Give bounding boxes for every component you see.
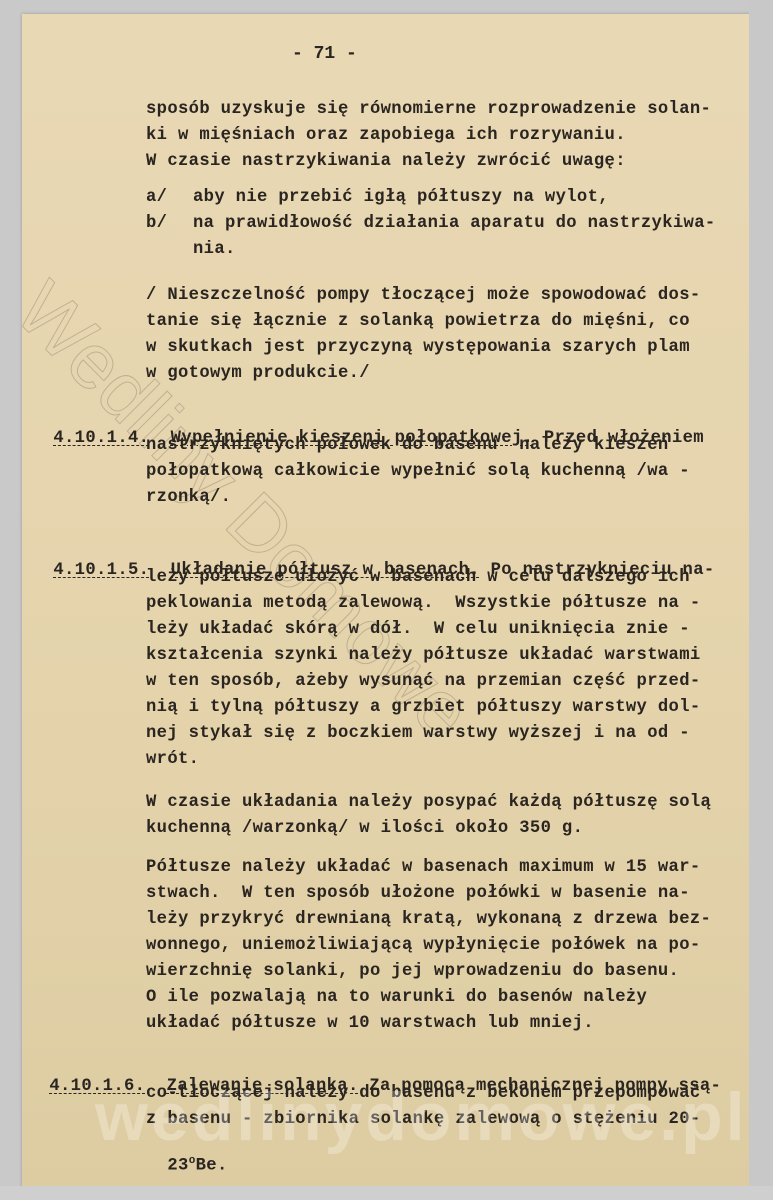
section-number: 4.10.1.6. [49,1077,145,1096]
unit-text: Be. [196,1157,228,1176]
text-line: wonnego, uniemożliwiającą wypłynięcie po… [146,936,701,955]
degree-sign: o [189,1155,196,1167]
list-marker: a/ [146,188,167,207]
note-line: tanie się łącznie z solanką powietrza do… [146,312,690,331]
note-line: w skutkach jest przyczyną występowania s… [146,338,690,357]
text-line: w ten sposób, ażeby wysunąć na przemian … [146,672,701,691]
list-item-continuation: nia. [193,240,236,259]
page-number: - 71 - [292,44,357,64]
concentration-value: 23 [167,1157,188,1176]
text-line: leży półtusze ułożyć w basenach w celu d… [146,568,690,587]
text-line: leży układać skórą w dół. W celu uniknię… [146,620,690,639]
text-line: stwach. W ten sposób ułożone połówki w b… [146,884,690,903]
text-line: kształcenia szynki należy półtusze układ… [146,646,701,665]
text-line: ki w mięśniach oraz zapobiega ich rozryw… [146,126,626,145]
text-line: co-tłoczącej należy do basenu z bekonem … [146,1084,701,1103]
text-line: nią i tylną półtuszy a grzbiet półtuszy … [146,698,701,717]
text-line: Półtusze należy układać w basenach maxim… [146,858,701,877]
text-line: sposób uzyskuje się równomierne rozprowa… [146,100,711,119]
text-line: rzonką/. [146,488,231,507]
note-line: / Nieszczelność pompy tłoczącej może spo… [146,286,701,305]
text-line: W czasie nastrzykiwania należy zwrócić u… [146,152,626,171]
text-line: kuchenną /warzonką/ w ilości około 350 g… [146,819,583,838]
text-line: połopatkową całkowicie wypełnić solą kuc… [146,462,690,481]
scan-border-right [749,0,773,1200]
list-item: na prawidłowość działania aparatu do nas… [193,214,716,233]
text-line: wrót. [146,750,199,769]
list-item: aby nie przebić igłą półtuszy na wylot, [193,188,609,207]
text-line: z basenu - zbiornika solankę zalewową o … [146,1110,701,1129]
scan-border-bottom [0,1186,773,1200]
text-line: wierzchnię solanki, po jej wprowadzeniu … [146,962,679,981]
list-marker: b/ [146,214,167,233]
text-line: 23oBe. [146,1136,228,1176]
text-line: O ile pozwalają na to warunki do basenów… [146,988,647,1007]
text-line: leży przykryć drewnianą kratą, wykonaną … [146,910,711,929]
text-line: peklowania metodą zalewową. Wszystkie pó… [146,594,701,613]
section-number: 4.10.1.4. [53,429,149,448]
text-line: nej stykał się z boczkiem warstwy wyższe… [146,724,690,743]
note-line: w gotowym produkcie./ [146,364,370,383]
text-line: W czasie układania należy posypać każdą … [146,793,711,812]
section-number: 4.10.1.5. [53,561,149,580]
text-line: nastrzykniętych połówek do basenu należy… [146,436,669,455]
text-line: układać półtusze w 10 warstwach lub mnie… [146,1014,594,1033]
